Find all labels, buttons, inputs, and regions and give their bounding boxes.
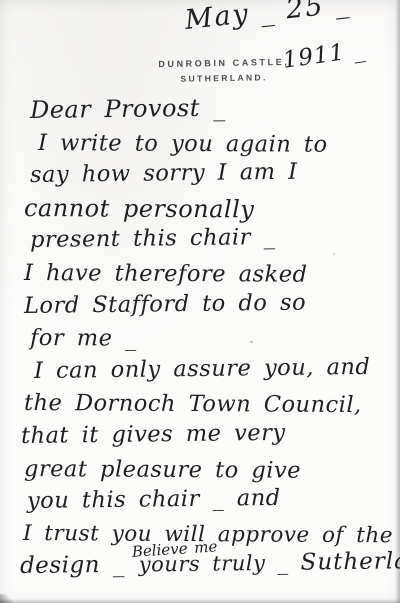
letter-line: Lord Stafford to do so bbox=[24, 285, 396, 322]
letter-line: that it gives me very bbox=[21, 415, 396, 452]
letter-line: you this chair _ and bbox=[27, 481, 396, 518]
letterhead-castle: DUNROBIN CASTLE, bbox=[108, 56, 340, 70]
letter-line: say how sorry I am I bbox=[30, 155, 396, 192]
scan-corner-mark bbox=[0, 594, 14, 603]
letterhead: DUNROBIN CASTLE, SUTHERLAND. bbox=[108, 56, 340, 85]
salutation: Dear Provost _ bbox=[30, 90, 396, 127]
scan-edge-bottom bbox=[0, 599, 400, 603]
closing-design: design _ bbox=[20, 549, 125, 583]
handwritten-date-month-day: May _ 25 _ bbox=[183, 0, 355, 36]
letter-line: present this chair _ bbox=[30, 220, 396, 257]
signature: Sutherland. bbox=[300, 545, 400, 579]
closing-believe-me: Believe me bbox=[131, 531, 219, 569]
letter-line: I can only assure you, and bbox=[34, 350, 396, 387]
letter-scan: May _ 25 _ 1911 _ DUNROBIN CASTLE, SUTHE… bbox=[0, 0, 400, 603]
letterhead-county: SUTHERLAND. bbox=[108, 71, 340, 85]
letter-body: Dear Provost _ I write to you again to s… bbox=[0, 94, 396, 583]
closing-line: design _ Believe me yours truly _ Suther… bbox=[20, 546, 396, 583]
